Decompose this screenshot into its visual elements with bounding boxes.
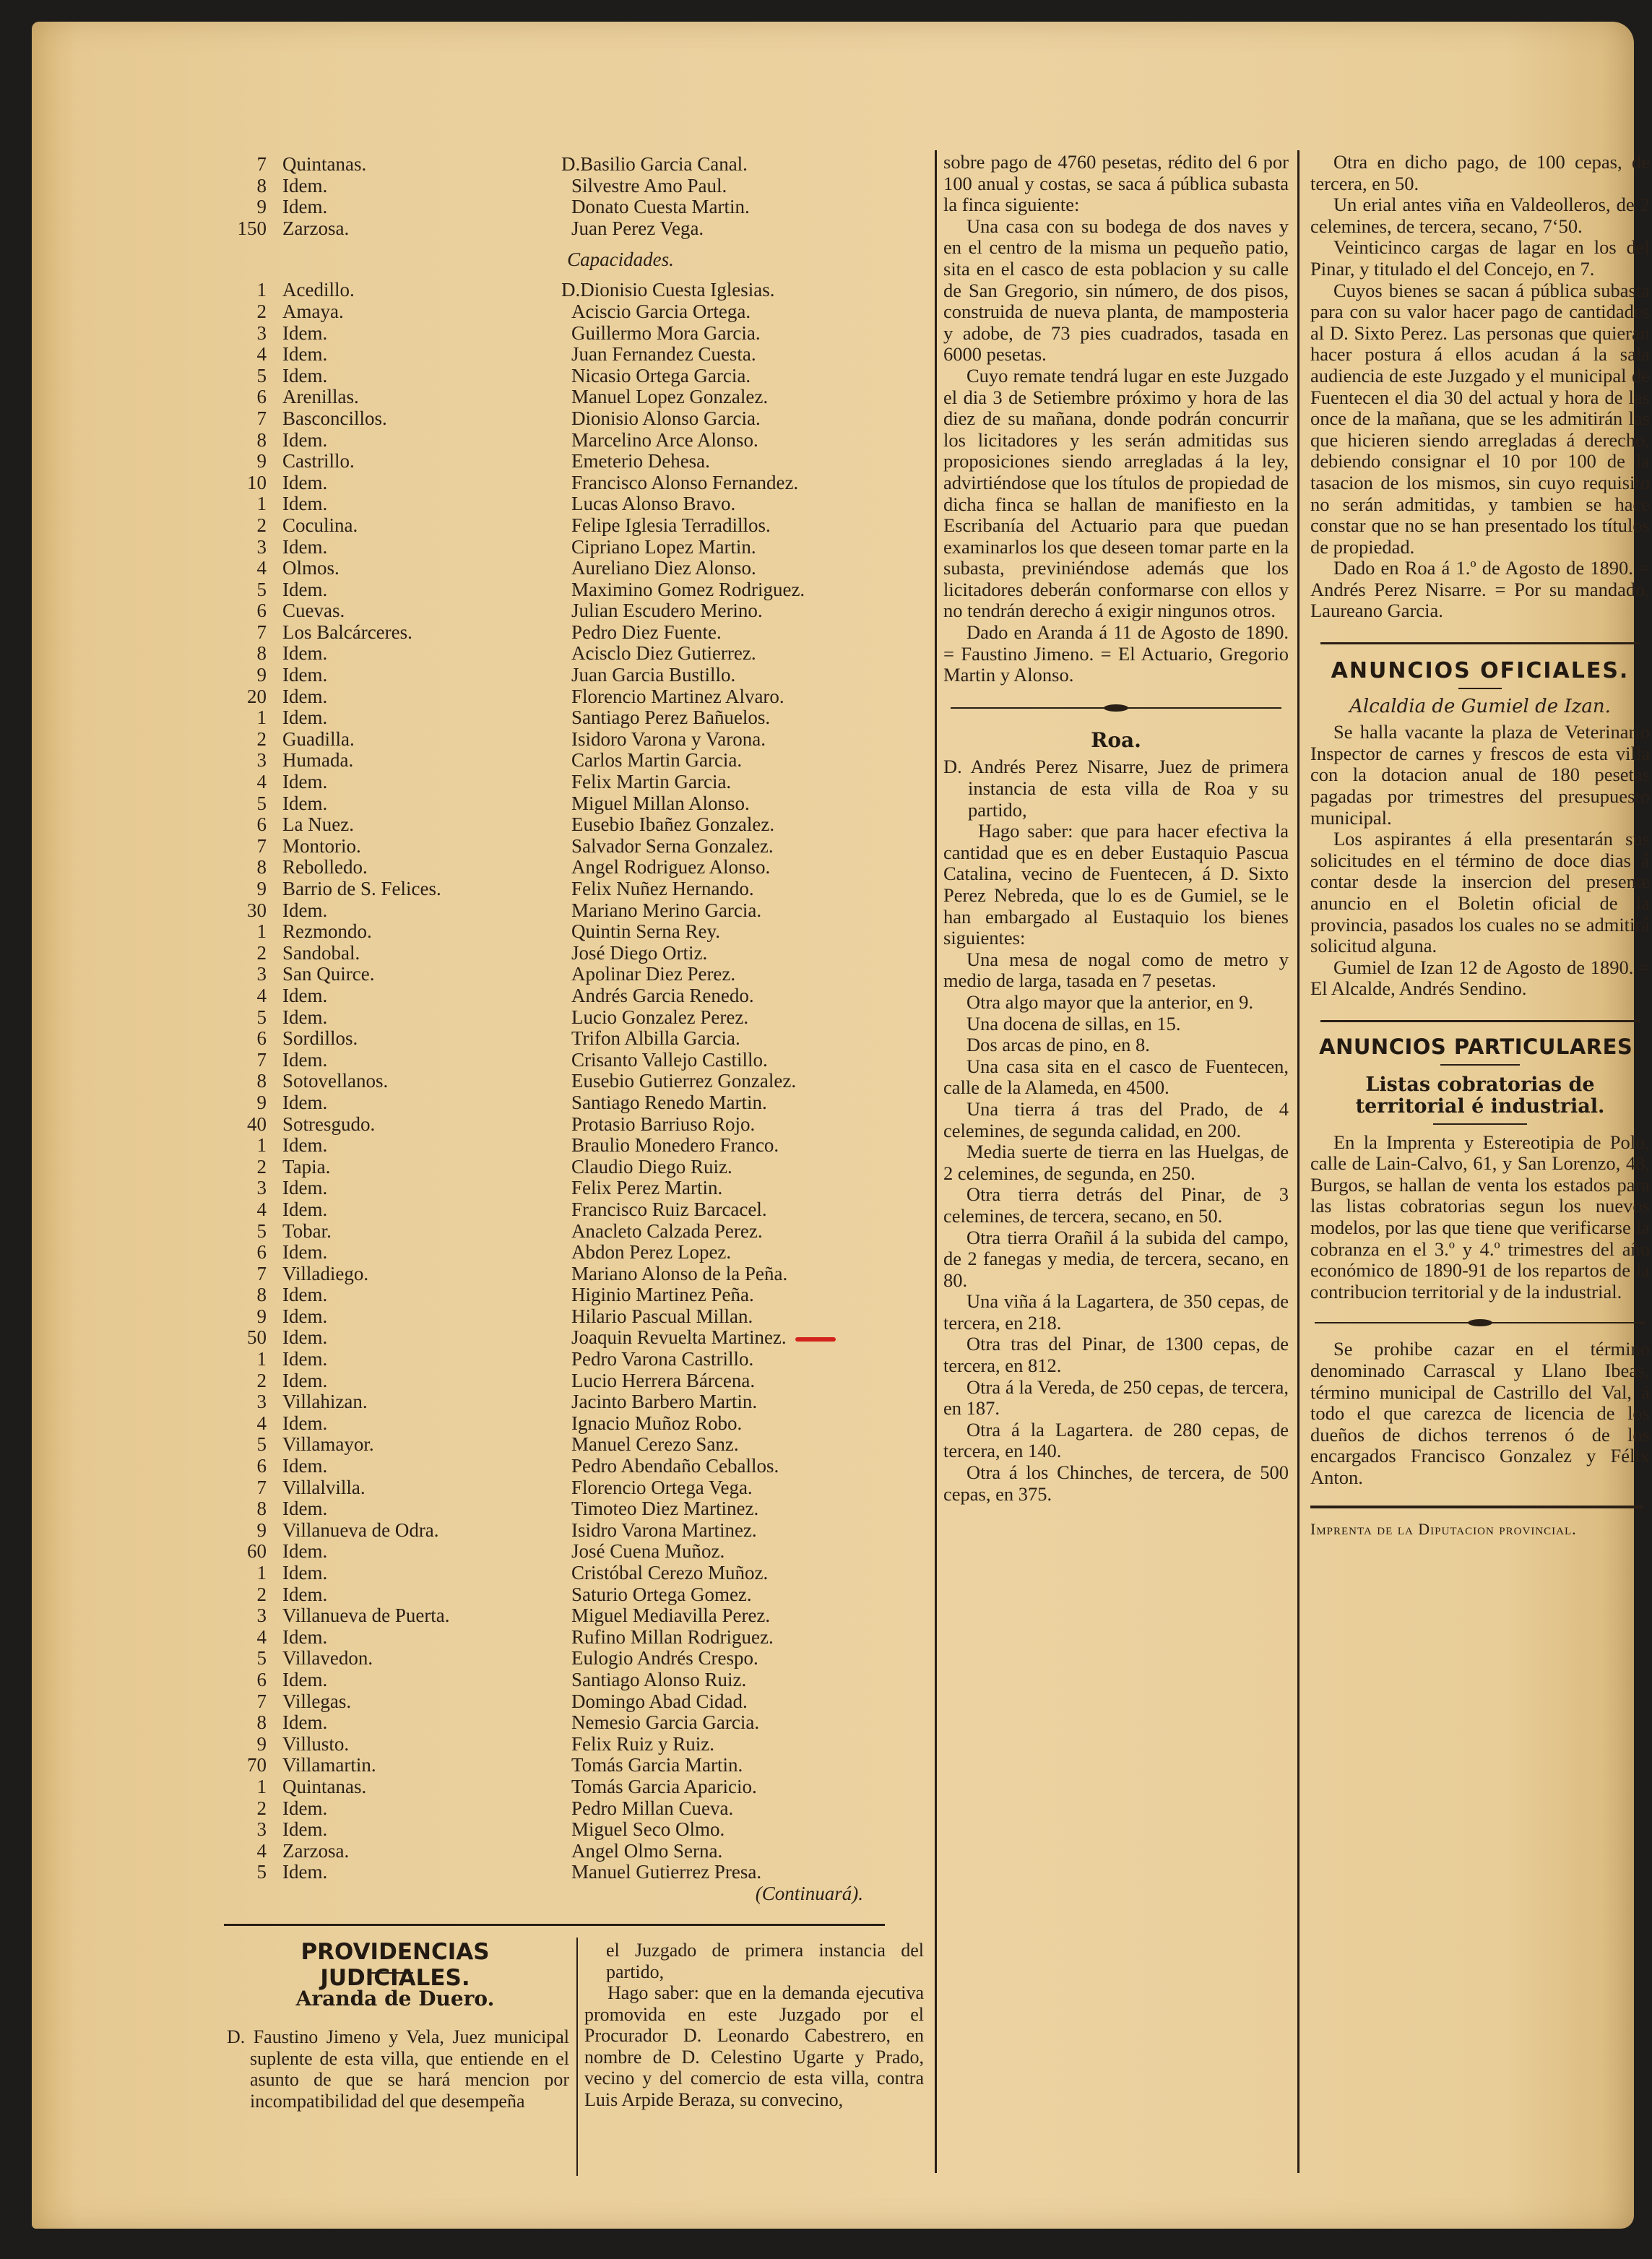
list-row: 4Idem.Francisco Ruiz Barcacel. bbox=[223, 1199, 888, 1221]
row-place: Barrio de S. Felices. bbox=[282, 878, 571, 900]
row-person-name: Crisanto Vallejo Castillo. bbox=[571, 1050, 888, 1071]
row-person-name: Julian Escudero Merino. bbox=[571, 600, 888, 622]
row-place: Idem. bbox=[282, 1584, 571, 1606]
row-person-name-text: Florencio Ortega Vega. bbox=[571, 1477, 753, 1498]
row-place: Guadilla. bbox=[282, 729, 571, 751]
list-row: 7Montorio.Salvador Serna Gonzalez. bbox=[223, 836, 888, 858]
row-person-name: Emeterio Dehesa. bbox=[571, 451, 888, 472]
row-number: 6 bbox=[223, 1028, 282, 1050]
row-person-name: Isidro Varona Martinez. bbox=[571, 1520, 888, 1542]
list-row: 2Idem.Lucio Herrera Bárcena. bbox=[223, 1370, 888, 1392]
row-person-name-text: Lucio Gonzalez Perez. bbox=[571, 1006, 748, 1028]
row-person-name-text: Eulogio Andrés Crespo. bbox=[571, 1647, 758, 1669]
row-person-name-text: Jacinto Barbero Martin. bbox=[571, 1391, 757, 1412]
row-person-name-text: Eusebio Ibañez Gonzalez. bbox=[571, 813, 774, 835]
row-person-name-text: Aciscio Garcia Ortega. bbox=[571, 301, 751, 322]
row-number: 8 bbox=[223, 1071, 282, 1092]
row-number: 9 bbox=[223, 1734, 282, 1755]
list-row: 5Idem.Manuel Gutierrez Presa. bbox=[223, 1862, 888, 1883]
row-person-name-text: Apolinar Diez Perez. bbox=[571, 963, 735, 985]
list-row: 5Idem.Maximino Gomez Rodriguez. bbox=[223, 579, 888, 601]
middle-paragraph: Una casa con su bodega de dos naves y en… bbox=[943, 216, 1289, 366]
row-number: 5 bbox=[223, 1648, 282, 1670]
list-main-rows: 1Acedillo.D.Dionisio Cuesta Iglesias.2Am… bbox=[223, 280, 888, 1883]
row-place: Quintanas. bbox=[282, 154, 571, 176]
red-marker-annotation bbox=[795, 1337, 836, 1342]
row-person-name: Aureliano Diez Alonso. bbox=[571, 558, 888, 579]
list-row: 4Idem.Andrés Garcia Renedo. bbox=[223, 985, 888, 1007]
column-rule bbox=[935, 150, 937, 2173]
list-row: 3Idem.Miguel Seco Olmo. bbox=[223, 1819, 888, 1841]
row-number: 40 bbox=[223, 1114, 282, 1136]
list-row: 9Idem.Hilario Pascual Millan. bbox=[223, 1306, 888, 1328]
ornamental-divider bbox=[951, 702, 1281, 714]
row-person-name-text: Manuel Cerezo Sanz. bbox=[571, 1433, 739, 1455]
row-number: 2 bbox=[223, 1370, 282, 1392]
row-place: Idem. bbox=[282, 1199, 571, 1221]
oficiales-paragraph: Se halla vacante la plaza de Veterinario… bbox=[1310, 722, 1650, 829]
row-number: 2 bbox=[223, 515, 282, 537]
list-row: 5Idem.Miguel Millan Alonso. bbox=[223, 793, 888, 815]
list-row: 9Idem.Juan Garcia Bustillo. bbox=[223, 665, 888, 686]
row-number: 7 bbox=[223, 154, 282, 176]
row-place: Villegas. bbox=[282, 1691, 571, 1713]
row-number: 9 bbox=[223, 1092, 282, 1114]
row-person-name: Timoteo Diez Martinez. bbox=[571, 1498, 888, 1520]
row-number: 6 bbox=[223, 814, 282, 836]
list-row: 2Idem.Saturio Ortega Gomez. bbox=[223, 1584, 888, 1606]
title-underline bbox=[1458, 688, 1502, 689]
list-row: 50Idem.Joaquin Revuelta Martinez. bbox=[223, 1327, 888, 1349]
row-person-name: Carlos Martin Garcia. bbox=[571, 750, 888, 772]
row-person-name: Saturio Ortega Gomez. bbox=[571, 1584, 888, 1606]
row-place: Idem. bbox=[282, 707, 571, 729]
row-number: 8 bbox=[223, 430, 282, 452]
row-person-name: Trifon Albilla Garcia. bbox=[571, 1028, 888, 1050]
row-number: 3 bbox=[223, 323, 282, 345]
row-person-name: Juan Garcia Bustillo. bbox=[571, 665, 888, 686]
row-number: 1 bbox=[223, 1776, 282, 1798]
middle-column: sobre pago de 4760 pesetas, rédito del 6… bbox=[943, 152, 1289, 1505]
providencias-col1-text: D. Faustino Jimeno y Vela, Juez municipa… bbox=[227, 2026, 569, 2112]
row-person-name: Apolinar Diez Perez. bbox=[571, 964, 888, 985]
row-place: Idem. bbox=[282, 1050, 571, 1071]
row-person-name: Miguel Millan Alonso. bbox=[571, 793, 888, 815]
roa-paragraph: Media suerte de tierra en las Huelgas, d… bbox=[943, 1141, 1289, 1184]
row-person-name: Juan Perez Vega. bbox=[571, 218, 888, 240]
row-person-name-text: Donato Cuesta Martin. bbox=[571, 196, 750, 217]
row-person-name-text: Joaquin Revuelta Martinez. bbox=[571, 1326, 787, 1348]
list-row: 4Idem.Felix Martin Garcia. bbox=[223, 772, 888, 793]
row-person-name: Acisclo Diez Gutierrez. bbox=[571, 643, 888, 665]
title-underline bbox=[1433, 1123, 1527, 1125]
row-person-name: Pedro Varona Castrillo. bbox=[571, 1349, 888, 1370]
row-person-name-text: Quintin Serna Rey. bbox=[571, 920, 720, 942]
row-person-name: Rufino Millan Rodriguez. bbox=[571, 1627, 888, 1649]
row-place: Montorio. bbox=[282, 836, 571, 858]
row-number: 4 bbox=[223, 344, 282, 366]
row-person-name-text: Francisco Alonso Fernandez. bbox=[571, 472, 798, 493]
row-person-name-text: Felipe Iglesia Terradillos. bbox=[571, 514, 771, 536]
list-row: 3San Quirce.Apolinar Diez Perez. bbox=[223, 964, 888, 985]
row-person-name-text: Carlos Martin Garcia. bbox=[571, 749, 742, 771]
middle-paragraph: sobre pago de 4760 pesetas, rédito del 6… bbox=[943, 152, 1289, 216]
row-place: Rezmondo. bbox=[282, 921, 571, 943]
row-person-name: Abdon Perez Lopez. bbox=[571, 1242, 888, 1264]
row-place: Villamayor. bbox=[282, 1434, 571, 1456]
list-row: 4Olmos.Aureliano Diez Alonso. bbox=[223, 558, 888, 579]
list-row: 2Tapia.Claudio Diego Ruiz. bbox=[223, 1157, 888, 1178]
printer-imprint: Imprenta de la Diputacion provincial. bbox=[1310, 1519, 1650, 1540]
right-paragraph: Veinticinco cargas de lagar en los del P… bbox=[1310, 237, 1650, 280]
list-row: 7Basconcillos.Dionisio Alonso Garcia. bbox=[223, 408, 888, 430]
row-place: Humada. bbox=[282, 750, 571, 772]
row-person-name: Tomás Garcia Martin. bbox=[571, 1755, 888, 1776]
row-number: 7 bbox=[223, 408, 282, 430]
row-number: 5 bbox=[223, 793, 282, 815]
row-number: 1 bbox=[223, 493, 282, 515]
right-paragraph: Cuyos bienes se sacan á pública subasta … bbox=[1310, 280, 1650, 558]
row-person-name: Tomás Garcia Aparicio. bbox=[571, 1776, 888, 1798]
row-person-name-text: Pedro Diez Fuente. bbox=[571, 621, 722, 643]
row-place: Villahizan. bbox=[282, 1391, 571, 1413]
list-row: 1Idem.Braulio Monedero Franco. bbox=[223, 1135, 888, 1157]
row-person-name: Felipe Iglesia Terradillos. bbox=[571, 515, 888, 537]
row-person-name: Lucas Alonso Bravo. bbox=[571, 493, 888, 515]
roa-paragraph: Otra tierra detrás del Pinar, de 3 celem… bbox=[943, 1184, 1289, 1227]
list-row: 3Villanueva de Puerta.Miguel Mediavilla … bbox=[223, 1605, 888, 1627]
row-number: 7 bbox=[223, 1477, 282, 1499]
row-number: 2 bbox=[223, 729, 282, 751]
row-place: Idem. bbox=[282, 1563, 571, 1584]
row-place: Idem. bbox=[282, 772, 571, 793]
list-row: 9Castrillo.Emeterio Dehesa. bbox=[223, 451, 888, 472]
row-place: Idem. bbox=[282, 430, 571, 452]
row-person-name: Florencio Ortega Vega. bbox=[571, 1477, 888, 1499]
row-person-name-text: Mariano Merino Garcia. bbox=[571, 899, 761, 921]
row-person-name-text: José Diego Ortiz. bbox=[571, 942, 707, 964]
row-number: 30 bbox=[223, 900, 282, 922]
ornamental-divider bbox=[1315, 1317, 1645, 1329]
list-row: 6Idem.Pedro Abendaño Ceballos. bbox=[223, 1456, 888, 1477]
row-person-name-text: Felix Nuñez Hernando. bbox=[571, 878, 754, 899]
row-person-name: Manuel Gutierrez Presa. bbox=[571, 1862, 888, 1883]
row-place: Villanueva de Puerta. bbox=[282, 1605, 571, 1627]
row-number: 8 bbox=[223, 857, 282, 878]
roa-paragraph: Una tierra á tras del Prado, de 4 celemi… bbox=[943, 1099, 1289, 1141]
row-number: 5 bbox=[223, 1862, 282, 1883]
row-person-name: Eusebio Gutierrez Gonzalez. bbox=[571, 1071, 888, 1092]
listas-subheading: Listas cobratorias de territorial é indu… bbox=[1315, 1074, 1645, 1118]
list-row: 7Villalvilla.Florencio Ortega Vega. bbox=[223, 1477, 888, 1499]
row-place: San Quirce. bbox=[282, 964, 571, 985]
row-person-name: Miguel Mediavilla Perez. bbox=[571, 1605, 888, 1627]
list-row: 8Idem.Acisclo Diez Gutierrez. bbox=[223, 643, 888, 665]
row-person-name: Eusebio Ibañez Gonzalez. bbox=[571, 814, 888, 836]
list-row: 6Sordillos.Trifon Albilla Garcia. bbox=[223, 1028, 888, 1050]
row-person-name-text: Felix Perez Martin. bbox=[571, 1177, 722, 1198]
row-person-name: Florencio Martinez Alvaro. bbox=[571, 686, 888, 708]
row-place: Idem. bbox=[282, 1135, 571, 1157]
row-person-name-text: Aureliano Diez Alonso. bbox=[571, 557, 756, 579]
row-number: 5 bbox=[223, 1007, 282, 1029]
row-person-name-text: Miguel Millan Alonso. bbox=[571, 792, 750, 814]
row-place: Idem. bbox=[282, 1627, 571, 1649]
row-person-name: Francisco Ruiz Barcacel. bbox=[571, 1199, 888, 1221]
row-number: 4 bbox=[223, 1413, 282, 1435]
providencias-title: PROVIDENCIAS JUDICIALES. bbox=[225, 1939, 565, 1991]
row-person-name-text: D.Dionisio Cuesta Iglesias. bbox=[561, 279, 774, 301]
row-person-name: José Diego Ortiz. bbox=[571, 943, 888, 964]
row-place: Idem. bbox=[282, 1092, 571, 1114]
row-person-name-text: Rufino Millan Rodriguez. bbox=[571, 1626, 774, 1648]
list-row: 6Arenillas.Manuel Lopez Gonzalez. bbox=[223, 386, 888, 408]
row-place: Idem. bbox=[282, 643, 571, 665]
roa-paragraph: Hago saber: que para hacer efectiva la c… bbox=[943, 821, 1289, 949]
list-row: 7Idem.Crisanto Vallejo Castillo. bbox=[223, 1050, 888, 1071]
row-place: Villusto. bbox=[282, 1734, 571, 1755]
row-person-name-text: Trifon Albilla Garcia. bbox=[571, 1027, 740, 1049]
row-person-name: Dionisio Alonso Garcia. bbox=[571, 408, 888, 430]
list-row: 8Idem.Silvestre Amo Paul. bbox=[223, 176, 888, 197]
list-row: 6Idem.Abdon Perez Lopez. bbox=[223, 1242, 888, 1264]
row-place: Villadiego. bbox=[282, 1264, 571, 1285]
list-row: 150Zarzosa.Juan Perez Vega. bbox=[223, 218, 888, 240]
row-number: 3 bbox=[223, 1819, 282, 1841]
row-number: 1 bbox=[223, 1349, 282, 1370]
list-row: 8Idem.Higinio Martinez Peña. bbox=[223, 1284, 888, 1306]
row-person-name: Protasio Barriuso Rojo. bbox=[571, 1114, 888, 1136]
list-row: 1Idem.Cristóbal Cerezo Muñoz. bbox=[223, 1563, 888, 1584]
list-row: 2Sandobal.José Diego Ortiz. bbox=[223, 943, 888, 964]
row-person-name-text: Felix Ruiz y Ruiz. bbox=[571, 1733, 714, 1755]
row-person-name-text: Manuel Lopez Gonzalez. bbox=[571, 386, 768, 407]
row-number: 8 bbox=[223, 1712, 282, 1734]
row-number: 3 bbox=[223, 750, 282, 772]
row-place: Sordillos. bbox=[282, 1028, 571, 1050]
row-place: Idem. bbox=[282, 176, 571, 197]
row-person-name-text: D.Basilio Garcia Canal. bbox=[561, 153, 748, 175]
row-person-name: Guillermo Mora Garcia. bbox=[571, 323, 888, 345]
roa-paragraph: Otra tierra Orañil á la subida del campo… bbox=[943, 1227, 1289, 1292]
middle-paragraph: Dado en Aranda á 11 de Agosto de 1890. =… bbox=[943, 622, 1289, 686]
title-underline bbox=[370, 1972, 413, 1974]
roa-paragraph: Dos arcas de pino, en 8. bbox=[943, 1035, 1289, 1056]
row-number: 6 bbox=[223, 1456, 282, 1477]
row-number: 6 bbox=[223, 600, 282, 622]
row-person-name-text: Miguel Seco Olmo. bbox=[571, 1818, 725, 1840]
row-person-name: Angel Olmo Serna. bbox=[571, 1841, 888, 1862]
row-person-name: Santiago Alonso Ruiz. bbox=[571, 1670, 888, 1691]
row-person-name: Felix Nuñez Hernando. bbox=[571, 878, 888, 900]
row-number: 1 bbox=[223, 707, 282, 729]
row-number: 150 bbox=[223, 218, 282, 240]
row-number: 3 bbox=[223, 964, 282, 985]
row-number: 4 bbox=[223, 1841, 282, 1862]
row-person-name: Ignacio Muñoz Robo. bbox=[571, 1413, 888, 1435]
list-row: 1Rezmondo.Quintin Serna Rey. bbox=[223, 921, 888, 943]
row-number: 9 bbox=[223, 878, 282, 900]
row-number: 7 bbox=[223, 622, 282, 644]
row-person-name: Jacinto Barbero Martin. bbox=[571, 1391, 888, 1413]
list-row: 6Cuevas.Julian Escudero Merino. bbox=[223, 600, 888, 622]
roa-paragraph: Una casa sita en el casco de Fuentecen, … bbox=[943, 1056, 1289, 1099]
row-place: Rebolledo. bbox=[282, 857, 571, 878]
row-place: Idem. bbox=[282, 472, 571, 494]
row-person-name-text: Manuel Gutierrez Presa. bbox=[571, 1861, 761, 1883]
caza-paragraph: Se prohibe cazar en el término denominad… bbox=[1310, 1339, 1650, 1488]
row-number: 6 bbox=[223, 1670, 282, 1691]
row-person-name: Higinio Martinez Peña. bbox=[571, 1284, 888, 1306]
row-person-name: D.Basilio Garcia Canal. bbox=[561, 154, 888, 176]
section-divider bbox=[224, 1924, 885, 1926]
roa-paragraph: D. Andrés Perez Nisarre, Juez de primera… bbox=[943, 756, 1289, 821]
row-place: Idem. bbox=[282, 1327, 571, 1349]
list-row: 60Idem.José Cuena Muñoz. bbox=[223, 1541, 888, 1563]
row-number: 8 bbox=[223, 1284, 282, 1306]
list-row: 9Barrio de S. Felices.Felix Nuñez Hernan… bbox=[223, 878, 888, 900]
row-person-name: Donato Cuesta Martin. bbox=[571, 196, 888, 218]
row-number: 3 bbox=[223, 1605, 282, 1627]
row-person-name: José Cuena Muñoz. bbox=[571, 1541, 888, 1563]
row-place: Idem. bbox=[282, 900, 571, 922]
row-person-name-text: Braulio Monedero Franco. bbox=[571, 1134, 779, 1156]
row-person-name-text: Tomás Garcia Aparicio. bbox=[571, 1776, 757, 1797]
row-person-name-text: José Cuena Muñoz. bbox=[571, 1540, 725, 1562]
row-place: Idem. bbox=[282, 985, 571, 1007]
list-row: 9Villanueva de Odra.Isidro Varona Martin… bbox=[223, 1520, 888, 1542]
row-place: Idem. bbox=[282, 1819, 571, 1841]
middle-paragraph: Cuyo remate tendrá lugar en este Juzgado… bbox=[943, 366, 1289, 622]
row-place: Idem. bbox=[282, 1306, 571, 1328]
list-row: 7Los Balcárceres.Pedro Diez Fuente. bbox=[223, 622, 888, 644]
row-person-name-text: Santiago Alonso Ruiz. bbox=[571, 1669, 746, 1690]
row-person-name: Manuel Cerezo Sanz. bbox=[571, 1434, 888, 1456]
row-number: 7 bbox=[223, 1691, 282, 1713]
row-person-name: Felix Perez Martin. bbox=[571, 1178, 888, 1199]
row-place: Sotovellanos. bbox=[282, 1071, 571, 1092]
row-place: Idem. bbox=[282, 196, 571, 218]
providencias-col2-intro: el Juzgado de primera instancia del part… bbox=[584, 1940, 924, 1982]
list-row: 7Villadiego.Mariano Alonso de la Peña. bbox=[223, 1264, 888, 1285]
row-person-name-text: Hilario Pascual Millan. bbox=[571, 1305, 753, 1327]
list-row: 3Idem.Cipriano Lopez Martin. bbox=[223, 537, 888, 558]
row-person-name-text: Eusebio Gutierrez Gonzalez. bbox=[571, 1070, 796, 1092]
row-person-name-text: Cipriano Lopez Martin. bbox=[571, 536, 756, 558]
providencias-col2-body: Hago saber: que en la demanda ejecutiva … bbox=[584, 1982, 924, 2110]
row-person-name: Francisco Alonso Fernandez. bbox=[571, 472, 888, 494]
row-number: 9 bbox=[223, 1520, 282, 1542]
row-number: 9 bbox=[223, 1306, 282, 1328]
list-row: 3Villahizan.Jacinto Barbero Martin. bbox=[223, 1391, 888, 1413]
row-person-name-text: Santiago Perez Bañuelos. bbox=[571, 707, 770, 728]
row-number: 3 bbox=[223, 537, 282, 558]
row-place: Idem. bbox=[282, 537, 571, 558]
list-row: 4Idem.Juan Fernandez Cuesta. bbox=[223, 344, 888, 366]
list-row: 1Idem.Santiago Perez Bañuelos. bbox=[223, 707, 888, 729]
row-place: Zarzosa. bbox=[282, 1841, 571, 1862]
column-rule bbox=[576, 1938, 578, 2176]
row-place: Villavedon. bbox=[282, 1648, 571, 1670]
row-person-name-text: Nicasio Ortega Garcia. bbox=[571, 365, 751, 386]
title-underline bbox=[1440, 1064, 1520, 1066]
row-number: 1 bbox=[223, 921, 282, 943]
row-number: 3 bbox=[223, 1391, 282, 1413]
row-person-name: Pedro Diez Fuente. bbox=[571, 622, 888, 644]
row-place: Idem. bbox=[282, 1541, 571, 1563]
right-paragraph: Dado en Roa á 1.º de Agosto de 1890. = A… bbox=[1310, 558, 1650, 622]
row-person-name: Andrés Garcia Renedo. bbox=[571, 985, 888, 1007]
row-person-name: Domingo Abad Cidad. bbox=[571, 1691, 888, 1713]
row-person-name: Mariano Merino Garcia. bbox=[571, 900, 888, 922]
row-person-name-text: Ignacio Muñoz Robo. bbox=[571, 1412, 742, 1434]
section-divider bbox=[1310, 1506, 1643, 1508]
row-person-name-text: Isidro Varona Martinez. bbox=[571, 1519, 757, 1541]
row-person-name: Joaquin Revuelta Martinez. bbox=[571, 1327, 888, 1349]
row-person-name-text: Marcelino Arce Alonso. bbox=[571, 429, 758, 451]
list-row: 7Quintanas.D.Basilio Garcia Canal. bbox=[223, 154, 888, 176]
row-place: Idem. bbox=[282, 1712, 571, 1734]
row-person-name: Angel Rodriguez Alonso. bbox=[571, 857, 888, 878]
row-person-name: Felix Ruiz y Ruiz. bbox=[571, 1734, 888, 1755]
row-person-name-text: Miguel Mediavilla Perez. bbox=[571, 1604, 770, 1626]
row-place: Idem. bbox=[282, 344, 571, 366]
row-person-name-text: Guillermo Mora Garcia. bbox=[571, 322, 761, 344]
row-person-name: Isidoro Varona y Varona. bbox=[571, 729, 888, 751]
row-place: Idem. bbox=[282, 1456, 571, 1477]
row-person-name-text: Santiago Renedo Martin. bbox=[571, 1092, 767, 1113]
row-place: Idem. bbox=[282, 493, 571, 515]
row-place: Idem. bbox=[282, 1370, 571, 1392]
row-place: Idem. bbox=[282, 1349, 571, 1370]
row-place: Idem. bbox=[282, 1413, 571, 1435]
row-person-name-text: Pedro Abendaño Ceballos. bbox=[571, 1455, 779, 1477]
row-person-name-text: Domingo Abad Cidad. bbox=[571, 1690, 748, 1712]
list-row: 3Idem.Felix Perez Martin. bbox=[223, 1178, 888, 1199]
right-paragraph: Otra en dicho pago, de 100 cepas, de ter… bbox=[1310, 152, 1650, 194]
list-row: 1Quintanas.Tomás Garcia Aparicio. bbox=[223, 1776, 888, 1798]
row-person-name: Santiago Perez Bañuelos. bbox=[571, 707, 888, 729]
row-person-name: Anacleto Calzada Perez. bbox=[571, 1221, 888, 1243]
row-person-name: Salvador Serna Gonzalez. bbox=[571, 836, 888, 858]
row-person-name-text: Anacleto Calzada Perez. bbox=[571, 1220, 763, 1242]
row-place: Idem. bbox=[282, 665, 571, 686]
row-person-name-text: Juan Perez Vega. bbox=[571, 217, 704, 239]
row-place: Idem. bbox=[282, 1242, 571, 1264]
row-person-name-text: Protasio Barriuso Rojo. bbox=[571, 1113, 755, 1135]
list-row: 5Villamayor.Manuel Cerezo Sanz. bbox=[223, 1434, 888, 1456]
roa-paragraph: Otra á la Vereda, de 250 cepas, de terce… bbox=[943, 1377, 1289, 1420]
row-place: Idem. bbox=[282, 579, 571, 601]
anuncios-oficiales-title: ANUNCIOS OFICIALES. bbox=[1310, 660, 1650, 682]
oficiales-paragraph: Gumiel de Izan 12 de Agosto de 1890. = E… bbox=[1310, 957, 1650, 1000]
row-place: Olmos. bbox=[282, 558, 571, 579]
row-place: Idem. bbox=[282, 1178, 571, 1199]
row-place: Idem. bbox=[282, 1862, 571, 1883]
row-person-name-text: Silvestre Amo Paul. bbox=[571, 175, 727, 196]
row-number: 9 bbox=[223, 451, 282, 472]
roa-paragraph: Otra tras del Pinar, de 1300 cepas, de t… bbox=[943, 1334, 1289, 1376]
aranda-town-heading: Aranda de Duero. bbox=[225, 1987, 565, 2010]
row-person-name-text: Salvador Serna Gonzalez. bbox=[571, 835, 774, 857]
row-place: Arenillas. bbox=[282, 386, 571, 408]
row-place: Idem. bbox=[282, 1798, 571, 1820]
list-row: 1Idem.Pedro Varona Castrillo. bbox=[223, 1349, 888, 1370]
row-person-name-text: Juan Garcia Bustillo. bbox=[571, 664, 735, 686]
row-place: Castrillo. bbox=[282, 451, 571, 472]
row-place: Zarzosa. bbox=[282, 218, 571, 240]
row-place: Idem. bbox=[282, 686, 571, 708]
